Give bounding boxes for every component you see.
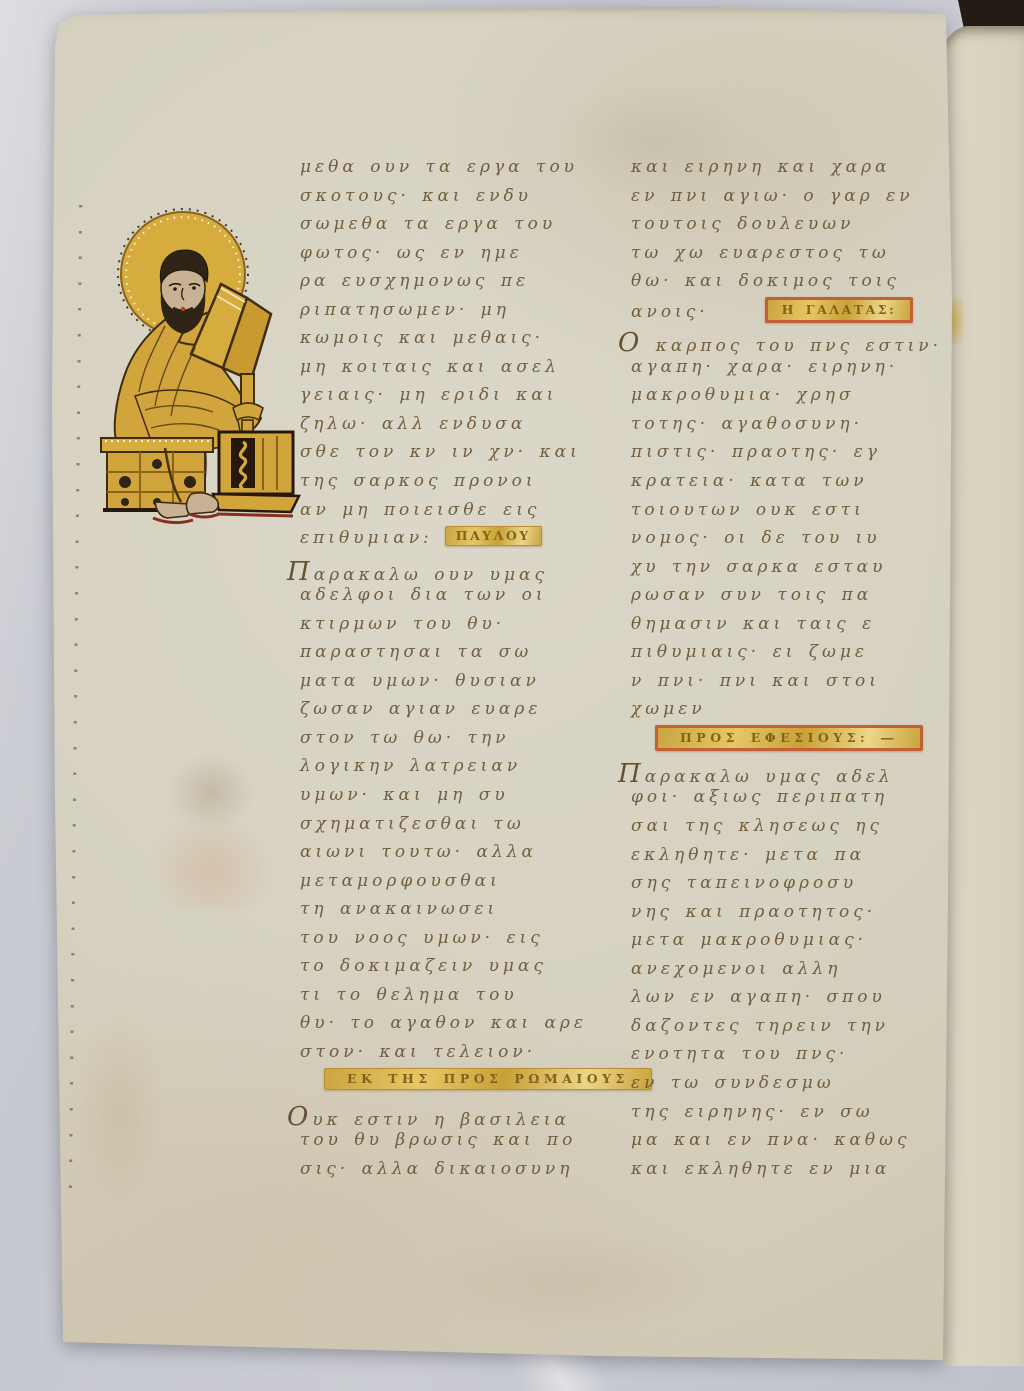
text-line: παραστησαι τα σω (300, 642, 618, 671)
text-line: ματα υμων· θυσιαν (300, 671, 618, 700)
manuscript-line-text: επιθυμιαν: (300, 528, 433, 548)
manuscript-line-text: γειαις· μη εριδι και (300, 385, 557, 405)
manuscript-line-text: πιθυμιαις· ει ζωμε (631, 642, 868, 662)
text-line: δαζοντες τηρειν την (631, 1016, 963, 1045)
manuscript-line-text: χωμεν (631, 699, 706, 719)
manuscript-line-text: σις· αλλα δικαιοσυνη (300, 1159, 573, 1179)
text-line: σαι της κλησεως ης (631, 816, 963, 845)
manuscript-line-text: Ουκ εστιν η βασιλεια (287, 1102, 570, 1132)
manuscript-line-text: παραστησαι τα σω (300, 642, 532, 662)
manuscript-line-text: σαι της κλησεως ης (631, 816, 883, 836)
text-line: υμων· και μη συ (300, 785, 618, 814)
manuscript-line-text: κωμοις και μεθαις· (300, 328, 544, 348)
manuscript-line-text: εκληθητε· μετα πα (631, 845, 865, 865)
manuscript-line-text: μη κοιταις και ασελ (300, 357, 560, 377)
manuscript-line-text: φοι· αξιως περιπατη (631, 787, 888, 807)
manuscript-line-text: αδελφοι δια των οι (300, 585, 547, 605)
rubric-band: ΠΑΥΛΟΥ (445, 526, 542, 546)
text-line: τι το θελημα του (300, 985, 618, 1014)
manuscript-line-text: αγαπη· χαρα· ειρηνη· (631, 357, 898, 377)
text-line: σωμεθα τα εργα του (300, 214, 618, 243)
manuscript-line-text: νης και πραοτητος· (631, 902, 876, 922)
text-line: σης ταπεινοφροσυ (631, 873, 963, 902)
text-line: μα και εν πνα· καθως (631, 1130, 963, 1159)
text-line: κρατεια· κατα των (631, 471, 963, 500)
text-line: ρωσαν συν τοις πα (631, 585, 963, 614)
manuscript-line-text: νομος· οι δε του ιυ (631, 528, 881, 548)
manuscript-folio: μεθα ουν τα εργα του σκοτους· και ενδυ σ… (0, 0, 1024, 1391)
manuscript-line-text: ρωσαν συν τοις πα (631, 585, 872, 605)
manuscript-line-text: υμων· και μη συ (300, 785, 509, 805)
text-line: σθε τον κν ιν χν· και (300, 442, 618, 471)
text-line: ανοις· Η ΓΑΛΑΤΑΣ: (631, 300, 963, 329)
text-line: πιστις· πραοτης· εγ (631, 442, 963, 471)
manuscript-line-text: της σαρκος προνοι (300, 471, 537, 491)
text-line: σκοτους· και ενδυ (300, 186, 618, 215)
evangelist-miniature-illustration (95, 196, 307, 528)
text-line: ρα ευσχημονως πε (300, 271, 618, 300)
text-column-left: μεθα ουν τα εργα του σκοτους· και ενδυ σ… (300, 157, 618, 1187)
manuscript-line-text: σης ταπεινοφροσυ (631, 873, 857, 893)
manuscript-line-text: τοιουτων ουκ εστι (631, 500, 865, 520)
manuscript-line-text: τι το θελημα του (300, 985, 518, 1005)
manuscript-line-text: σωμεθα τα εργα του (300, 214, 556, 234)
manuscript-line-text: του θυ βρωσις και πο (300, 1130, 576, 1150)
text-line: ζωσαν αγιαν ευαρε (300, 699, 618, 728)
text-line: μακροθυμια· χρησ (631, 385, 963, 414)
text-line: ΕΚ ΤΗΣ ΠΡΟΣ ΡΩΜΑΙΟΥΣ (300, 1071, 618, 1102)
manuscript-line-text: στον· και τελειον· (300, 1042, 536, 1062)
manuscript-line-text: φωτος· ως εν ημε (300, 243, 523, 263)
manuscript-line-text: και εκληθητε εν μια (631, 1159, 890, 1179)
text-line: λων εν αγαπη· σπου (631, 987, 963, 1016)
text-line: τω χω ευαρεστος τω (631, 243, 963, 272)
text-line: αιωνι τουτω· αλλα (300, 842, 618, 871)
manuscript-line-text: μεταμορφουσθαι (300, 871, 501, 891)
manuscript-line-text: λων εν αγαπη· σπου (631, 987, 886, 1007)
text-line: σχηματιζεσθαι τω (300, 814, 618, 843)
text-line: τοτης· αγαθοσυνη· (631, 414, 963, 443)
manuscript-line-text: δαζοντες τηρειν την (631, 1016, 889, 1036)
manuscript-line-text: ανοις· (631, 302, 709, 322)
parchment-stain (60, 980, 180, 1240)
manuscript-line-text: κτιρμων του θυ· (300, 614, 505, 634)
manuscript-line-text: σθε τον κν ιν χν· και (300, 442, 581, 462)
text-line: το δοκιμαζειν υμας (300, 956, 618, 985)
manuscript-line-text: εν πνι αγιω· ο γαρ εν (631, 186, 914, 206)
text-line: Ο καρπος του πνς εστιν· (631, 328, 963, 357)
manuscript-line-text: μακροθυμια· χρησ (631, 385, 855, 405)
manuscript-line-text: μετα μακροθυμιας· (631, 930, 867, 950)
manuscript-line-text: αν μη ποιεισθε εις (300, 500, 540, 520)
text-line: εν πνι αγιω· ο γαρ εν (631, 186, 963, 215)
manuscript-line-text: αιωνι τουτω· αλλα (300, 842, 537, 862)
text-line: μεθα ουν τα εργα του (300, 157, 618, 186)
manuscript-line-text: σχηματιζεσθαι τω (300, 814, 525, 834)
text-line: στον· και τελειον· (300, 1042, 618, 1071)
manuscript-line-text: πιστις· πραοτης· εγ (631, 442, 881, 462)
text-line: φωτος· ως εν ημε (300, 243, 618, 272)
text-line: και εκληθητε εν μια (631, 1159, 963, 1188)
bleed-through-figure (148, 752, 274, 908)
text-line: του νοος υμων· εις (300, 928, 618, 957)
text-line: θημασιν και ταις ε (631, 614, 963, 643)
text-line: τοιουτων ουκ εστι (631, 500, 963, 529)
manuscript-line-text: ν πνι· πνι και στοι (631, 671, 880, 691)
rubric-band: ΕΚ ΤΗΣ ΠΡΟΣ ΡΩΜΑΙΟΥΣ (324, 1068, 652, 1090)
text-line: μη κοιταις και ασελ (300, 357, 618, 386)
text-line: σις· αλλα δικαιοσυνη (300, 1159, 618, 1188)
text-line: νομος· οι δε του ιυ (631, 528, 963, 557)
manuscript-line-text: θημασιν και ταις ε (631, 614, 875, 634)
text-line: χωμεν (631, 699, 963, 728)
text-line: χυ την σαρκα εσταυ (631, 557, 963, 586)
manuscript-line-text: και ειρηνη και χαρα (631, 157, 891, 177)
manuscript-line-text: στον τω θω· την (300, 728, 509, 748)
text-line: κτιρμων του θυ· (300, 614, 618, 643)
manuscript-line-text: λογικην λατρειαν (300, 756, 521, 776)
text-line: Παρακαλω ουν υμας (300, 557, 618, 586)
manuscript-line-text: ανεχομενοι αλλη (631, 959, 842, 979)
text-line: ν πνι· πνι και στοι (631, 671, 963, 700)
text-line: του θυ βρωσις και πο (300, 1130, 618, 1159)
text-line: κωμοις και μεθαις· (300, 328, 618, 357)
manuscript-line-text: ρα ευσχημονως πε (300, 271, 529, 291)
text-line: της σαρκος προνοι (300, 471, 618, 500)
text-line: τη ανακαινωσει (300, 899, 618, 928)
manuscript-line-text: μα και εν πνα· καθως (631, 1130, 911, 1150)
text-line: φοι· αξιως περιπατη (631, 787, 963, 816)
text-line: Ουκ εστιν η βασιλεια (300, 1102, 618, 1131)
text-line: θυ· το αγαθον και αρε (300, 1013, 618, 1042)
manuscript-line-text: ζηλω· αλλ ενδυσα (300, 414, 526, 434)
manuscript-line-text: Ο καρπος του πνς εστιν· (618, 328, 942, 358)
text-line: θω· και δοκιμος τοις (631, 271, 963, 300)
rubric-band: Η ΓΑΛΑΤΑΣ: (765, 297, 914, 323)
manuscript-line-text: εν τω συνδεσμω (631, 1073, 835, 1093)
manuscript-line-text: ενοτητα του πνς· (631, 1044, 848, 1064)
text-line: μεταμορφουσθαι (300, 871, 618, 900)
text-line: αν μη ποιεισθε εις (300, 500, 618, 529)
manuscript-line-text: μεθα ουν τα εργα του (300, 157, 578, 177)
manuscript-line-text: Παρακαλω ουν υμας (287, 557, 548, 587)
text-line: λογικην λατρειαν (300, 756, 618, 785)
rubric-band: ΠΡΟΣ ΕΦΕΣΙΟΥΣ: ― (655, 725, 923, 751)
text-line: Παρακαλω υμας αδελ (631, 759, 963, 788)
manuscript-line-text: ζωσαν αγιαν ευαρε (300, 699, 541, 719)
text-line: γειαις· μη εριδι και (300, 385, 618, 414)
manuscript-line-text: τω χω ευαρεστος τω (631, 243, 890, 263)
text-line: ενοτητα του πνς· (631, 1044, 963, 1073)
text-line: ζηλω· αλλ ενδυσα (300, 414, 618, 443)
text-line: εν τω συνδεσμω (631, 1073, 963, 1102)
text-line: τουτοις δουλευων (631, 214, 963, 243)
manuscript-line-text: ριπατησωμεν· μη (300, 300, 510, 320)
manuscript-line-text: της ειρηνης· εν σω (631, 1102, 874, 1122)
manuscript-line-text: το δοκιμαζειν υμας (300, 956, 547, 976)
ruling-prick-marks (69, 205, 82, 1195)
manuscript-line-text: τοτης· αγαθοσυνη· (631, 414, 863, 434)
text-line: της ειρηνης· εν σω (631, 1102, 963, 1131)
evangelist-miniature-svg (95, 196, 307, 528)
text-line: ΠΡΟΣ ΕΦΕΣΙΟΥΣ: ― (631, 728, 963, 759)
manuscript-line-text: τη ανακαινωσει (300, 899, 498, 919)
manuscript-line-text: θω· και δοκιμος τοις (631, 271, 900, 291)
text-column-right: και ειρηνη και χαρα εν πνι αγιω· ο γαρ ε… (631, 157, 963, 1187)
manuscript-line-text: του νοος υμων· εις (300, 928, 544, 948)
manuscript-line-text: ματα υμων· θυσιαν (300, 671, 540, 691)
manuscript-line-text: θυ· το αγαθον και αρε (300, 1013, 587, 1033)
manuscript-line-text: Παρακαλω υμας αδελ (618, 759, 894, 789)
text-line: ριπατησωμεν· μη (300, 300, 618, 329)
text-line: επιθυμιαν: ΠΑΥΛΟΥ (300, 528, 618, 557)
text-line: μετα μακροθυμιας· (631, 930, 963, 959)
manuscript-line-text: σκοτους· και ενδυ (300, 186, 532, 206)
manuscript-page-wrap: μεθα ουν τα εργα του σκοτους· και ενδυ σ… (0, 0, 1024, 1391)
manuscript-line-text: τουτοις δουλευων (631, 214, 854, 234)
parchment-stain (360, 1210, 780, 1350)
text-line: ανεχομενοι αλλη (631, 959, 963, 988)
text-line: νης και πραοτητος· (631, 902, 963, 931)
text-line: αγαπη· χαρα· ειρηνη· (631, 357, 963, 386)
text-line: πιθυμιαις· ει ζωμε (631, 642, 963, 671)
text-line: εκληθητε· μετα πα (631, 845, 963, 874)
manuscript-line-text: χυ την σαρκα εσταυ (631, 557, 886, 577)
text-line: και ειρηνη και χαρα (631, 157, 963, 186)
manuscript-line-text: κρατεια· κατα των (631, 471, 868, 491)
text-line: αδελφοι δια των οι (300, 585, 618, 614)
text-line: στον τω θω· την (300, 728, 618, 757)
